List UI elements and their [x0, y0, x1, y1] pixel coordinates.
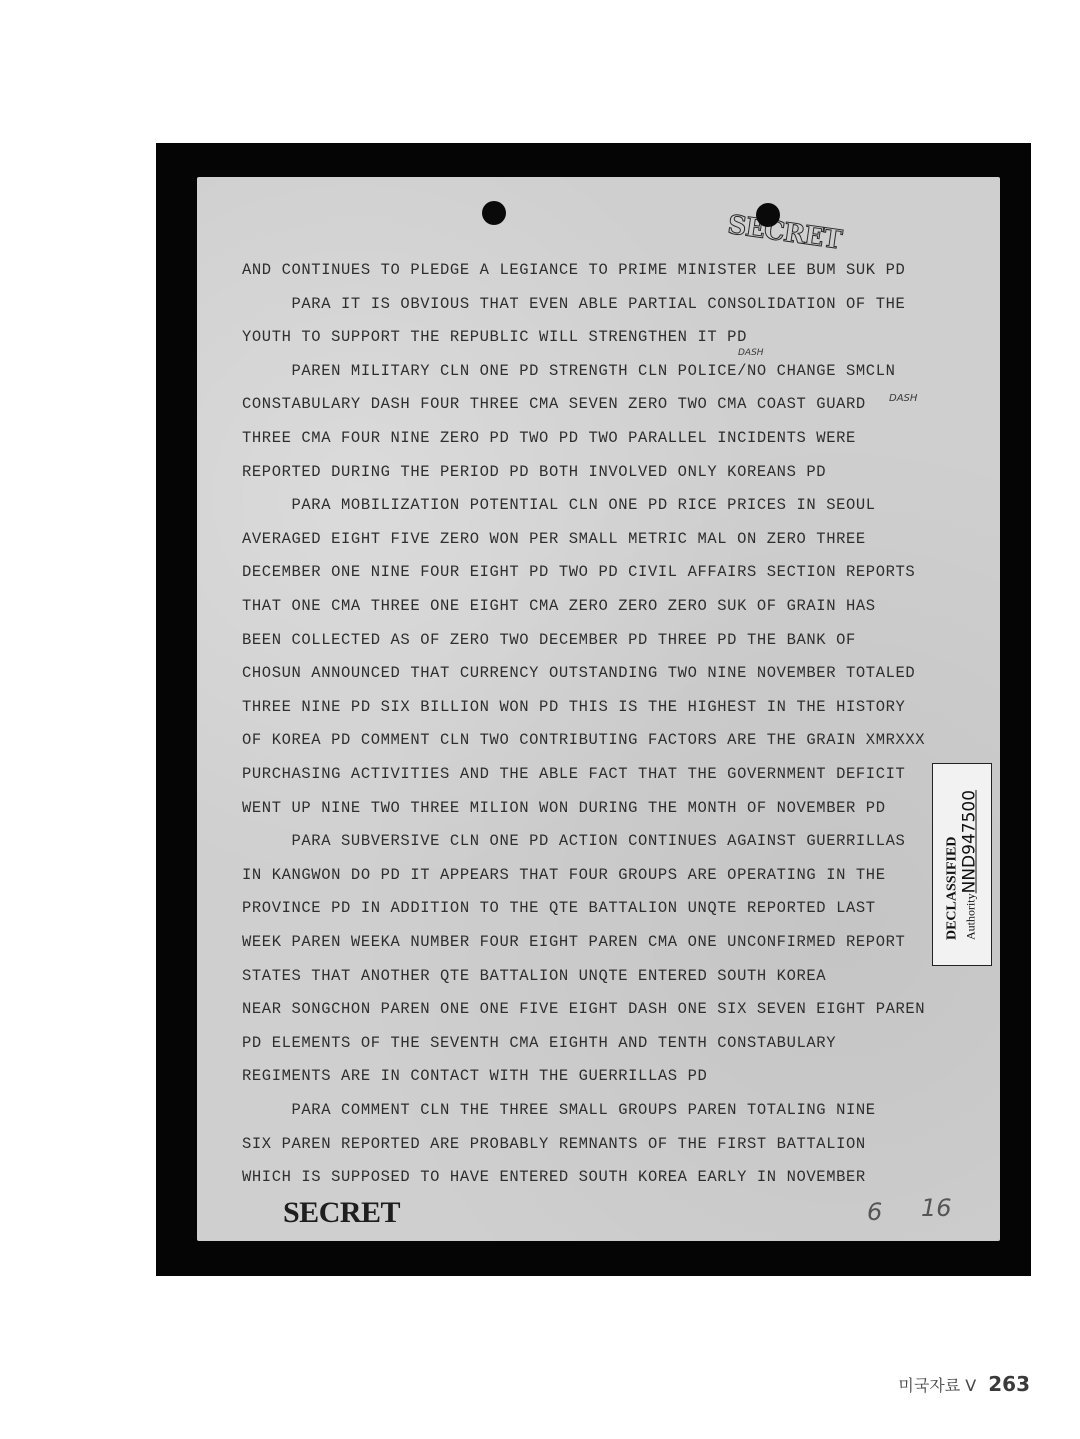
typed-line: SIX PAREN REPORTED ARE PROBABLY REMNANTS…: [242, 1135, 866, 1153]
punch-hole-left: [482, 201, 506, 225]
typed-line: PD ELEMENTS OF THE SEVENTH CMA EIGHTH AN…: [242, 1034, 836, 1052]
typed-line: DECEMBER ONE NINE FOUR EIGHT PD TWO PD C…: [242, 563, 915, 581]
typed-line: OF KOREA PD COMMENT CLN TWO CONTRIBUTING…: [242, 731, 925, 749]
typed-line: PARA IT IS OBVIOUS THAT EVEN ABLE PARTIA…: [242, 295, 905, 313]
typed-line: AND CONTINUES TO PLEDGE A LEGIANCE TO PR…: [242, 261, 905, 279]
declassified-title: DECLASSIFIED: [945, 789, 961, 939]
typed-line: YOUTH TO SUPPORT THE REPUBLIC WILL STREN…: [242, 328, 747, 346]
typed-line: NEAR SONGCHON PAREN ONE ONE FIVE EIGHT D…: [242, 1000, 925, 1018]
handwritten-dash-margin: DASH: [889, 393, 917, 404]
declassified-stamp: DECLASSIFIED AuthorityNND947500: [932, 763, 992, 966]
punch-hole-right: [756, 203, 780, 227]
typed-line: PROVINCE PD IN ADDITION TO THE QTE BATTA…: [242, 899, 876, 917]
typed-line: WEEK PAREN WEEKA NUMBER FOUR EIGHT PAREN…: [242, 933, 905, 951]
handwritten-page-mark-right: 16: [921, 1194, 952, 1222]
typed-line: WHICH IS SUPPOSED TO HAVE ENTERED SOUTH …: [242, 1168, 866, 1186]
secret-stamp-bottom: SECRET: [283, 1196, 400, 1230]
typed-line: WENT UP NINE TWO THREE MILION WON DURING…: [242, 799, 886, 817]
handwritten-dash-annotation: DASH: [738, 348, 764, 358]
typed-line: AVERAGED EIGHT FIVE ZERO WON PER SMALL M…: [242, 530, 866, 548]
typed-line: PURCHASING ACTIVITIES AND THE ABLE FACT …: [242, 765, 905, 783]
typed-line: BEEN COLLECTED AS OF ZERO TWO DECEMBER P…: [242, 631, 856, 649]
typed-line: THREE NINE PD SIX BILLION WON PD THIS IS…: [242, 698, 905, 716]
typed-line: IN KANGWON DO PD IT APPEARS THAT FOUR GR…: [242, 866, 886, 884]
typed-line: PARA SUBVERSIVE CLN ONE PD ACTION CONTIN…: [242, 832, 905, 850]
footer-section-label: 미국자료 Ⅴ: [898, 1373, 976, 1396]
typed-line: PAREN MILITARY CLN ONE PD STRENGTH CLN P…: [242, 362, 896, 380]
typed-line: PARA COMMENT CLN THE THREE SMALL GROUPS …: [242, 1101, 876, 1119]
typed-line: REGIMENTS ARE IN CONTACT WITH THE GUERRI…: [242, 1067, 707, 1085]
typed-line: CHOSUN ANNOUNCED THAT CURRENCY OUTSTANDI…: [242, 664, 915, 682]
page-footer: 미국자료 Ⅴ 263: [898, 1372, 1030, 1396]
authority-label: Authority: [964, 893, 978, 940]
footer-page-number: 263: [988, 1372, 1030, 1396]
typed-line: STATES THAT ANOTHER QTE BATTALION UNQTE …: [242, 967, 826, 985]
typed-line: PARA MOBILIZATION POTENTIAL CLN ONE PD R…: [242, 496, 876, 514]
typed-line: THAT ONE CMA THREE ONE EIGHT CMA ZERO ZE…: [242, 597, 876, 615]
typed-line: CONSTABULARY DASH FOUR THREE CMA SEVEN Z…: [242, 395, 866, 413]
typed-line: REPORTED DURING THE PERIOD PD BOTH INVOL…: [242, 463, 826, 481]
authority-number: NND947500: [960, 789, 980, 892]
typed-line: THREE CMA FOUR NINE ZERO PD TWO PD TWO P…: [242, 429, 856, 447]
handwritten-page-mark-left: 6: [867, 1198, 882, 1226]
declassified-authority: AuthorityNND947500: [961, 789, 980, 939]
